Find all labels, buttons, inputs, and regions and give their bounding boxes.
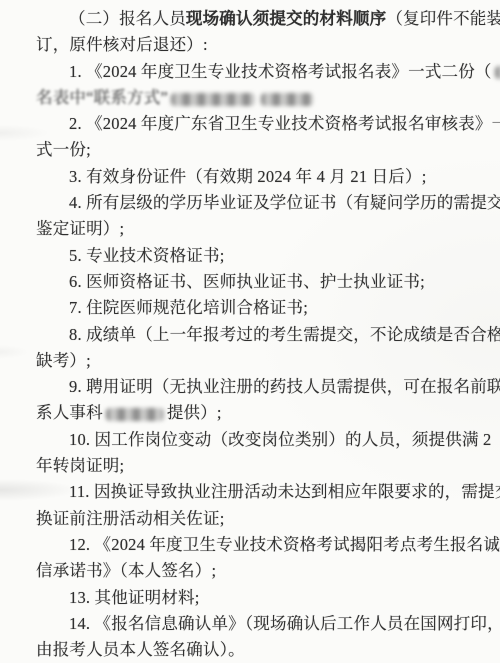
text-line: 订，原件核对后退还）: — [36, 32, 490, 58]
text-line: 10. 因工作岗位变动（改变岗位类别）的人员，须提供满 2 — [36, 427, 490, 453]
text-segment: 8. 成绩单（上一年报考过的考生需提交，不论成绩是否合格、 — [69, 325, 500, 344]
text-segment: 1. 《2024 年度卫生专业技术资格考试报名表》一式二份（ — [69, 62, 492, 81]
text-line: 11. 因换证导致执业注册活动未达到相应年限要求的，需提交 — [36, 479, 490, 505]
section-heading-line: （二）报名人员现场确认须提交的材料顺序（复印件不能装 — [36, 6, 490, 32]
redacted-smudge — [261, 93, 313, 106]
text-segment: “联系方式” — [86, 88, 168, 107]
text-line: 由报考人员本人签名确认）。 — [36, 637, 490, 663]
text-line: 1. 《2024 年度卫生专业技术资格考试报名表》一式二份（ — [36, 59, 490, 85]
text-line: 12. 《2024 年度卫生专业技术资格考试揭阳考点考生报名诚 — [36, 532, 490, 558]
text-line: 换证前注册活动相关佐证; — [36, 506, 490, 532]
text-line: 5. 专业技术资格证书; — [36, 243, 490, 269]
text-segment: 换证前注册活动相关佐证; — [36, 509, 224, 528]
redacted-smudge — [171, 93, 255, 106]
text-segment: 信承诺书》（本人签名）; — [36, 561, 216, 580]
text-line: 名表中“联系方式” — [36, 85, 490, 111]
text-line: 鉴定证明）; — [36, 216, 490, 242]
text-segment: （复印件不能装 — [386, 9, 500, 28]
text-line: 14. 《报名信息确认单》（现场确认后工作人员在国网打印， — [36, 611, 490, 637]
text-line: 系人事科提供）; — [36, 400, 490, 426]
text-line: 信承诺书》（本人签名）; — [36, 558, 490, 584]
text-segment: 3. 有效身份证件（有效期 2024 年 4 月 21 日后）; — [69, 167, 426, 186]
text-line: 9. 聘用证明（无执业注册的药技人员需提供，可在报名前联 — [36, 374, 490, 400]
text-segment: 式一份; — [36, 140, 91, 159]
text-segment: 11. 因换证导致执业注册活动未达到相应年限要求的，需提交 — [69, 482, 500, 501]
text-segment: 鉴定证明）; — [36, 219, 124, 238]
text-segment: （二）报名人员 — [69, 9, 186, 28]
text-segment: 12. 《2024 年度卫生专业技术资格考试揭阳考点考生报名诚 — [69, 535, 500, 554]
document-text: （二）报名人员现场确认须提交的材料顺序（复印件不能装订，原件核对后退还）:1. … — [36, 6, 490, 663]
text-line: 2. 《2024 年度广东省卫生专业技术资格考试报名审核表》一 — [36, 111, 490, 137]
text-line: 年转岗证明; — [36, 453, 490, 479]
emphasis-text: 现场确认须提交的材料顺序 — [186, 9, 386, 28]
text-line: 式一份; — [36, 137, 490, 163]
text-line: 8. 成绩单（上一年报考过的考生需提交，不论成绩是否合格、 — [36, 322, 490, 348]
text-segment: 名表中 — [36, 88, 86, 107]
text-segment: 7. 住院医师规范化培训合格证书; — [69, 298, 308, 317]
text-line: 3. 有效身份证件（有效期 2024 年 4 月 21 日后）; — [36, 164, 490, 190]
text-line: 7. 住院医师规范化培训合格证书; — [36, 295, 490, 321]
text-segment: 系人事科 — [36, 403, 103, 422]
text-segment: 5. 专业技术资格证书; — [69, 246, 224, 265]
text-segment: 13. 其他证明材料; — [69, 588, 200, 607]
text-segment: 缺考）; — [36, 351, 91, 370]
text-segment: 由报考人员本人签名确认）。 — [36, 640, 245, 659]
text-line: 13. 其他证明材料; — [36, 585, 490, 611]
text-line: 6. 医师资格证书、医师执业证书、护士执业证书; — [36, 269, 490, 295]
text-segment: 10. 因工作岗位变动（改变岗位类别）的人员，须提供满 2 — [69, 430, 491, 449]
text-line: 缺考）; — [36, 348, 490, 374]
text-segment: 6. 医师资格证书、医师执业证书、护士执业证书; — [69, 272, 425, 291]
text-segment: 4. 所有层级的学历毕业证及学位证书（有疑问学历的需提交 — [69, 193, 500, 212]
redacted-smudge — [106, 408, 164, 421]
text-line: 4. 所有层级的学历毕业证及学位证书（有疑问学历的需提交 — [36, 190, 490, 216]
document-page: （二）报名人员现场确认须提交的材料顺序（复印件不能装订，原件核对后退还）:1. … — [0, 0, 500, 663]
text-segment: 年转岗证明; — [36, 456, 124, 475]
redacted-smudge — [495, 66, 500, 79]
text-segment: 提供）; — [167, 403, 222, 422]
text-segment: 14. 《报名信息确认单》（现场确认后工作人员在国网打印， — [69, 614, 500, 633]
text-segment: 订，原件核对后退还）: — [36, 35, 208, 54]
text-segment: 9. 聘用证明（无执业注册的药技人员需提供，可在报名前联 — [69, 377, 500, 396]
text-segment: 2. 《2024 年度广东省卫生专业技术资格考试报名审核表》一 — [69, 114, 500, 133]
